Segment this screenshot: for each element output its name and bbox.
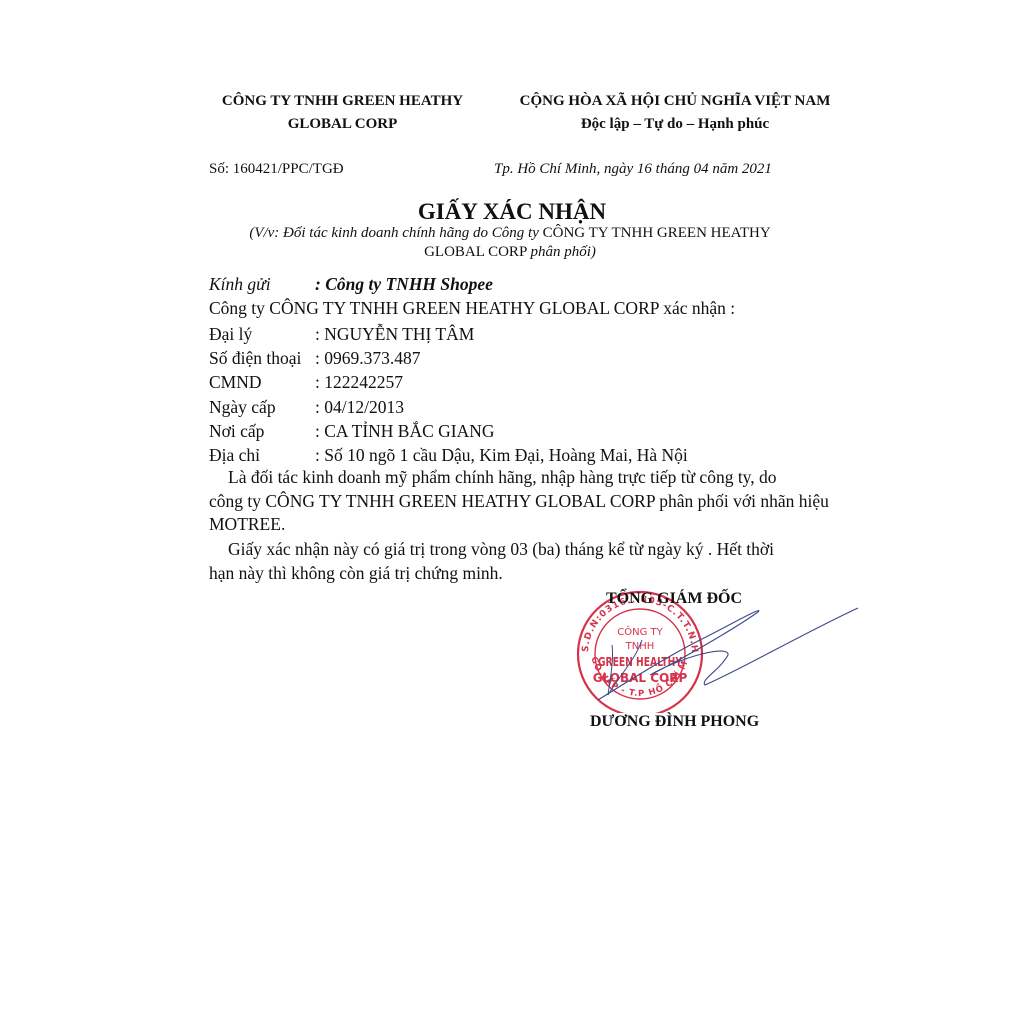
paragraph-line: Là đối tác kinh doanh mỹ phẩm chính hãng… bbox=[209, 466, 829, 490]
field-value: : 0969.373.487 bbox=[315, 348, 421, 368]
paragraph-line: hạn này thì không còn giá trị chứng minh… bbox=[209, 562, 774, 586]
field-label: Ngày cấp bbox=[209, 395, 315, 419]
field-row-phone: Số điện thoại: 0969.373.487 bbox=[209, 346, 688, 370]
national-motto-header: CỘNG HÒA XÃ HỘI CHỦ NGHĨA VIỆT NAM Độc l… bbox=[505, 93, 845, 133]
handwritten-signature bbox=[590, 600, 860, 720]
subject-normal-2: GLOBAL CORP bbox=[424, 244, 530, 260]
paragraph-partner: Là đối tác kinh doanh mỹ phẩm chính hãng… bbox=[209, 466, 829, 537]
nation-title: CỘNG HÒA XÃ HỘI CHỦ NGHĨA VIỆT NAM bbox=[505, 93, 845, 110]
field-row-id-number: CMND: 122242257 bbox=[209, 370, 688, 394]
document-subject: (V/v: Đối tác kinh doanh chính hãng do C… bbox=[200, 224, 820, 262]
signatory-name: DƯƠNG ĐÌNH PHONG bbox=[590, 713, 759, 731]
field-row-issue-place: Nơi cấp: CA TỈNH BẮC GIANG bbox=[209, 419, 688, 443]
company-name-line1: CÔNG TY TNHH GREEN HEATHY bbox=[205, 93, 480, 110]
field-value: : Số 10 ngõ 1 cầu Dậu, Kim Đại, Hoàng Ma… bbox=[315, 445, 688, 465]
company-name-line2: GLOBAL CORP bbox=[205, 116, 480, 133]
field-value: : NGUYỄN THỊ TÂM bbox=[315, 324, 474, 344]
field-label: Nơi cấp bbox=[209, 419, 315, 443]
document-number: Số: 160421/PPC/TGĐ bbox=[209, 161, 344, 178]
field-label: Số điện thoại bbox=[209, 346, 315, 370]
field-row-agent: Đại lý: NGUYỄN THỊ TÂM bbox=[209, 322, 688, 346]
field-label: Đại lý bbox=[209, 322, 315, 346]
paragraph-line: Giấy xác nhận này có giá trị trong vòng … bbox=[209, 538, 774, 562]
paragraph-line: công ty CÔNG TY TNHH GREEN HEATHY GLOBAL… bbox=[209, 490, 829, 514]
recipient-label: Kính gửi bbox=[209, 274, 315, 295]
field-value: : 122242257 bbox=[315, 372, 403, 392]
recipient-row: Kính gửi: Công ty TNHH Shopee bbox=[209, 274, 493, 295]
field-label: Địa chỉ bbox=[209, 443, 315, 467]
field-row-issue-date: Ngày cấp: 04/12/2013 bbox=[209, 395, 688, 419]
paragraph-validity: Giấy xác nhận này có giá trị trong vòng … bbox=[209, 538, 774, 585]
nation-motto: Độc lập – Tự do – Hạnh phúc bbox=[505, 116, 845, 133]
field-label: CMND bbox=[209, 370, 315, 394]
recipient-value: : Công ty TNHH Shopee bbox=[315, 274, 493, 294]
paragraph-line: MOTREE. bbox=[209, 513, 829, 537]
subject-italic-2: phân phối) bbox=[530, 244, 595, 260]
field-value: : 04/12/2013 bbox=[315, 397, 404, 417]
field-value: : CA TỈNH BẮC GIANG bbox=[315, 421, 495, 441]
subject-normal-1: CÔNG TY TNHH GREEN HEATHY bbox=[543, 225, 771, 241]
subject-italic-1: (V/v: Đối tác kinh doanh chính hãng do C… bbox=[249, 225, 542, 241]
agent-details: Đại lý: NGUYỄN THỊ TÂM Số điện thoại: 09… bbox=[209, 322, 688, 467]
confirm-line: Công ty CÔNG TY TNHH GREEN HEATHY GLOBAL… bbox=[209, 298, 735, 319]
place-date: Tp. Hồ Chí Minh, ngày 16 tháng 04 năm 20… bbox=[494, 161, 772, 178]
document-title: GIẤY XÁC NHẬN bbox=[0, 199, 1024, 225]
company-name-header: CÔNG TY TNHH GREEN HEATHY GLOBAL CORP bbox=[205, 93, 480, 133]
field-row-address: Địa chỉ: Số 10 ngõ 1 cầu Dậu, Kim Đại, H… bbox=[209, 443, 688, 467]
